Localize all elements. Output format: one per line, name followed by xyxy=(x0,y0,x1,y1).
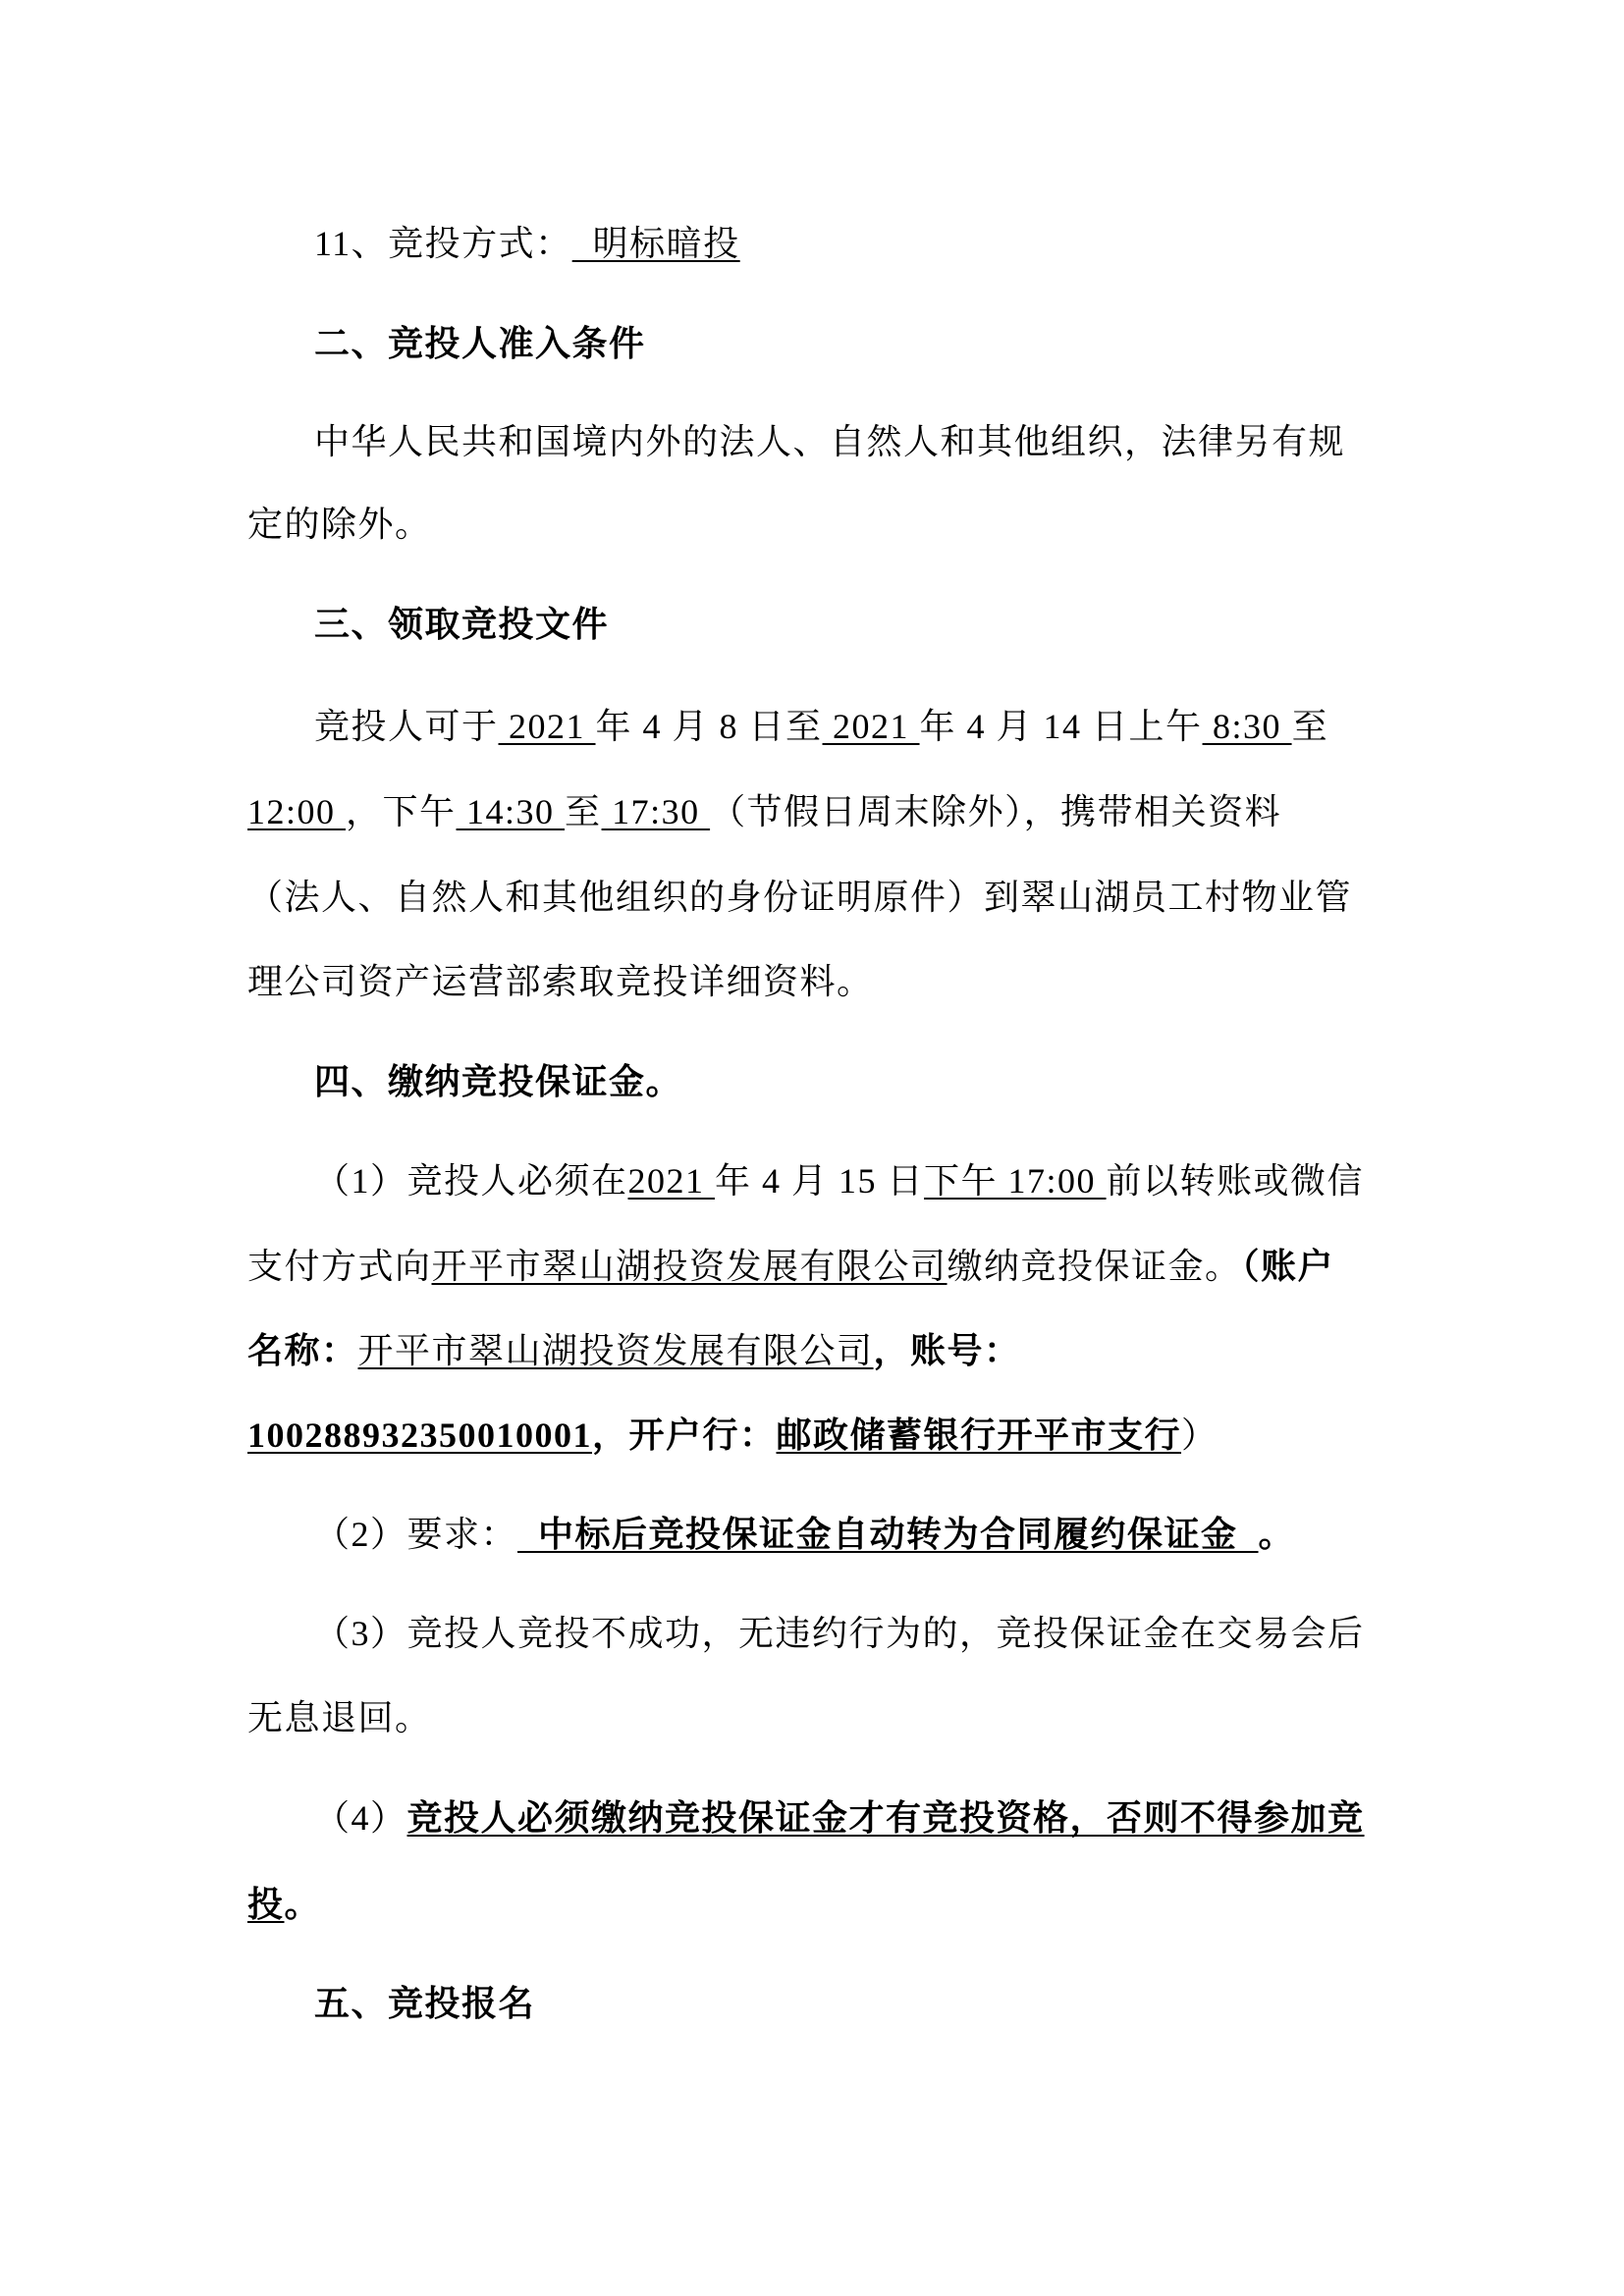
section-2-paragraph-line2: 定的除外。 xyxy=(247,503,1377,546)
text: 竞投人可于 xyxy=(314,707,499,746)
section-2-paragraph-line1: 中华人民共和国境内外的法人、自然人和其他组织，法律另有规 xyxy=(314,420,1443,463)
start-year: 2021 xyxy=(499,707,596,746)
am-start-time: 8:30 xyxy=(1203,707,1292,746)
end-year: 2021 xyxy=(823,707,920,746)
text: （1）竞投人必须在 xyxy=(314,1161,628,1201)
section-2-heading: 二、竞投人准入条件 xyxy=(314,322,1443,365)
bank-label: ，开户行： xyxy=(592,1415,777,1455)
text: 年 4 月 8 日至 xyxy=(596,707,823,746)
text: ，下午 xyxy=(346,792,457,831)
document-page: 11、竞投方式： 明标暗投 二、竞投人准入条件 中华人民共和国境内外的法人、自然… xyxy=(0,0,1624,2296)
section-3-heading: 三、领取竞投文件 xyxy=(314,603,1443,646)
text: 前以转账或微信 xyxy=(1107,1161,1365,1201)
text: （账户 xyxy=(1242,1247,1335,1286)
section-5-heading: 五、竞投报名 xyxy=(314,1982,1443,2025)
pm-end-time: 17:30 xyxy=(602,792,711,831)
section-3-line4: 理公司资产运营部索取竞投详细资料。 xyxy=(247,960,1377,1003)
section-4-item3-line2: 无息退回。 xyxy=(247,1696,1377,1739)
deposit-year: 2021 xyxy=(628,1161,716,1201)
account-number-label: ，账号： xyxy=(874,1331,1021,1370)
section-4-heading: 四、缴纳竞投保证金。 xyxy=(314,1060,1443,1103)
section-4-item3-line1: （3）竞投人竞投不成功，无违约行为的，竞投保证金在交易会后 xyxy=(314,1612,1443,1655)
am-end-time: 12:00 xyxy=(247,792,346,831)
section-4-item4-line1: （4）竞投人必须缴纳竞投保证金才有竞投资格，否则不得参加竞 xyxy=(314,1796,1443,1840)
item4-text: 竞投人必须缴纳竞投保证金才有竞投资格，否则不得参加竞 xyxy=(407,1798,1365,1838)
text: （节假日周末除外），携带相关资料 xyxy=(710,792,1281,831)
text: 年 4 月 15 日 xyxy=(715,1161,924,1201)
item4-text-end: 投 xyxy=(247,1885,285,1924)
text: 至 xyxy=(1292,707,1329,746)
requirement-value: 中标后竞投保证金自动转为合同履约保证金 xyxy=(517,1515,1259,1554)
text: 。 xyxy=(1259,1515,1296,1554)
item-11-bid-method: 11、竞投方式： 明标暗投 xyxy=(314,222,1443,265)
requirement-label: （2）要求： xyxy=(314,1515,517,1554)
section-3-line2: 12:00 ，下午 14:30 至 17:30 （节假日周末除外），携带相关资料 xyxy=(247,790,1377,833)
text: 。 xyxy=(285,1885,322,1924)
section-4-item1-line4: 100288932350010001，开户行：邮政储蓄银行开平市支行） xyxy=(247,1414,1377,1457)
account-number: 100288932350010001 xyxy=(247,1415,592,1455)
text: 缴纳竞投保证金。 xyxy=(947,1247,1242,1286)
section-4-item4-line2: 投。 xyxy=(247,1883,1377,1926)
item-label: （4） xyxy=(314,1798,407,1838)
account-name: 开平市翠山湖投资发展有限公司 xyxy=(358,1331,874,1370)
section-4-item1-line3: 名称：开平市翠山湖投资发展有限公司，账号： xyxy=(247,1329,1377,1372)
pm-start-time: 14:30 xyxy=(457,792,566,831)
deposit-deadline: 下午 17:00 xyxy=(924,1161,1107,1201)
text: 年 4 月 14 日上午 xyxy=(920,707,1203,746)
bank-name: 邮政储蓄银行开平市支行 xyxy=(777,1415,1182,1455)
section-3-line1: 竞投人可于 2021 年 4 月 8 日至 2021 年 4 月 14 日上午 … xyxy=(314,705,1443,748)
section-3-line3: （法人、自然人和其他组织的身份证明原件）到翠山湖员工村物业管 xyxy=(247,876,1377,919)
text: ） xyxy=(1181,1415,1218,1455)
section-4-item1-line1: （1）竞投人必须在2021 年 4 月 15 日下午 17:00 前以转账或微信 xyxy=(314,1159,1443,1202)
bid-method-label: 11、竞投方式： xyxy=(314,224,572,263)
account-name-label: 名称： xyxy=(247,1331,358,1370)
section-4-item2: （2）要求： 中标后竞投保证金自动转为合同履约保证金 。 xyxy=(314,1513,1443,1556)
text: 至 xyxy=(565,792,602,831)
bid-method-value: 明标暗投 xyxy=(572,224,740,263)
text: 支付方式向 xyxy=(247,1247,432,1286)
payee-company: 开平市翠山湖投资发展有限公司 xyxy=(432,1247,947,1286)
section-4-item1-line2: 支付方式向开平市翠山湖投资发展有限公司缴纳竞投保证金。（账户 xyxy=(247,1245,1377,1288)
